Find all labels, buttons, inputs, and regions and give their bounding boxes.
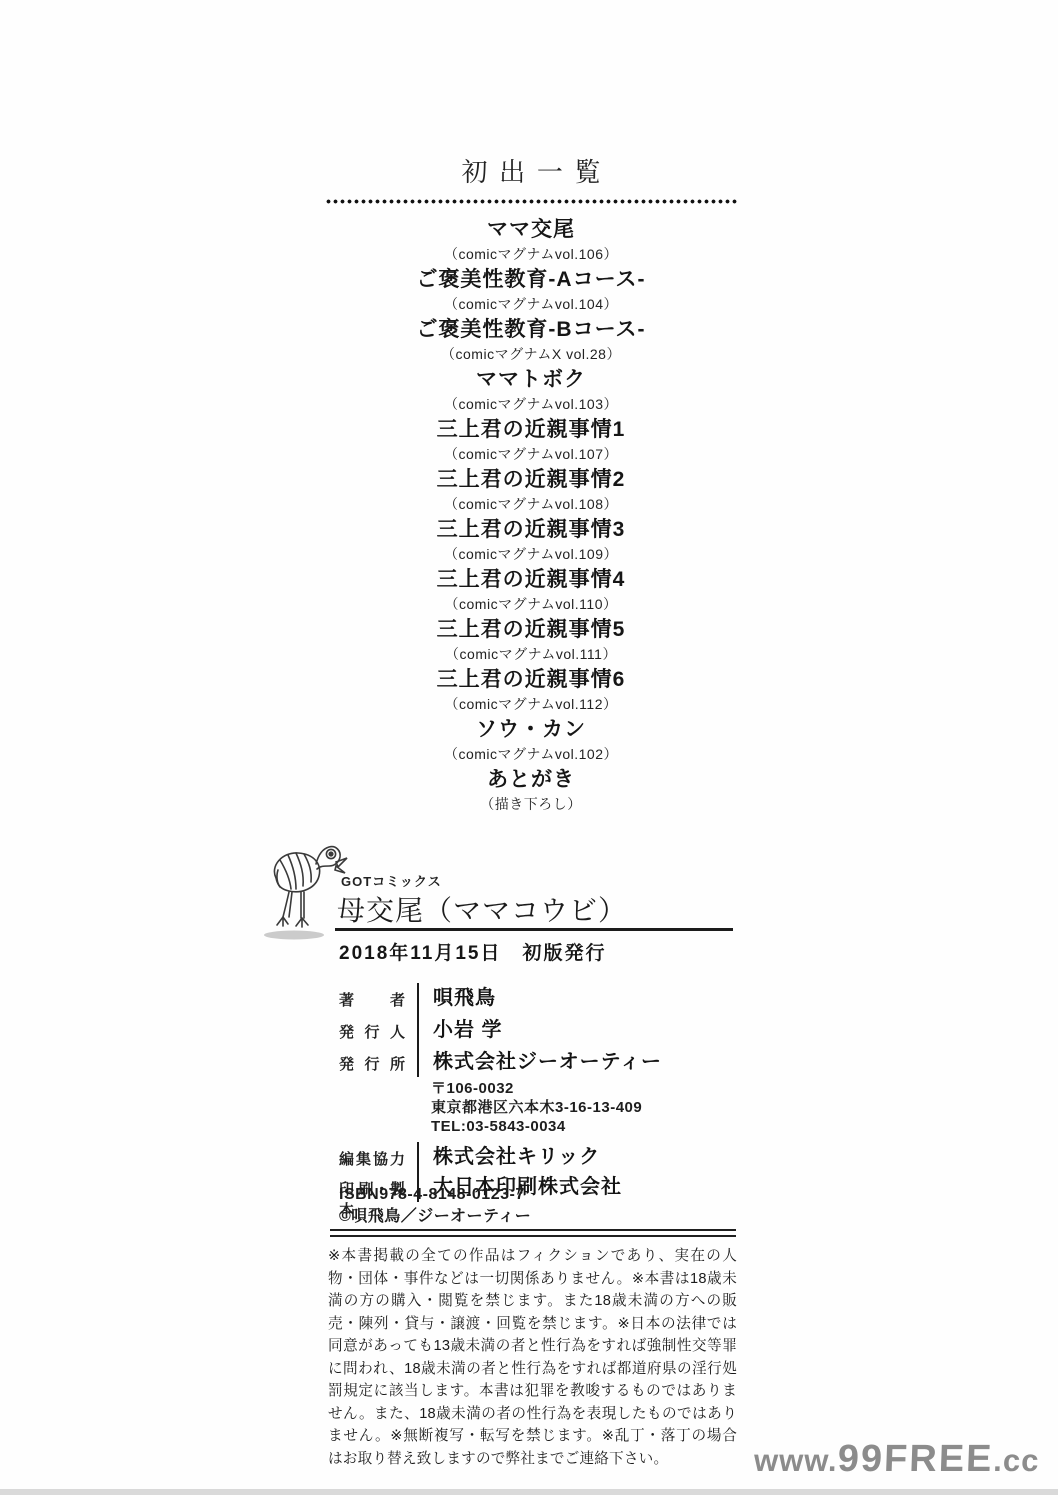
work-title: ご褒美性教育-Bコース- [325,315,737,344]
list-item: ご褒美性教育-Bコース- （comicマグナムX vol.28） [325,315,737,365]
credit-label: 著者 [339,983,405,1010]
dotted-divider [325,199,737,204]
list-item: ソウ・カン （comicマグナムvol.102） [325,715,737,765]
street-address: 東京都港区六本木3-16-13-409 [431,1098,739,1117]
work-source: （comicマグナムvol.107） [325,444,737,465]
work-source: （comicマグナムvol.106） [325,244,737,265]
credit-row-editing: 編集協力 株式会社キリック [339,1142,739,1172]
work-source: （comicマグナムX vol.28） [325,344,737,365]
credit-row-author: 著者 唄飛鳥 [339,983,739,1015]
work-source: （comicマグナムvol.109） [325,544,737,565]
work-title: 三上君の近親事情1 [325,415,737,444]
disclaimer-text: ※本書掲載の全ての作品はフィクションであり、実在の人物・団体・事件などは一切関係… [328,1245,737,1470]
isbn: ISBN978-4-8148-0123-7 [339,1184,531,1206]
work-title: あとがき [325,765,737,794]
publisher-address: 〒106-0032 東京都港区六本木3-16-13-409 TEL:03-584… [431,1077,739,1142]
credit-value: 唄飛鳥 [417,983,496,1015]
title-rule [335,928,733,931]
work-source: （comicマグナムvol.108） [325,494,737,515]
work-title: 三上君の近親事情2 [325,465,737,494]
double-rule [330,1229,736,1237]
credit-label: 発行人 [339,1015,405,1042]
credit-label: 編集協力 [339,1142,405,1169]
list-item: 三上君の近親事情4 （comicマグナムvol.110） [325,565,737,615]
work-source: （描き下ろし） [325,794,737,815]
watermark: www.99FREE.cc [754,1438,1041,1481]
work-title: 三上君の近親事情3 [325,515,737,544]
work-source: （comicマグナムvol.102） [325,744,737,765]
credit-value: 株式会社キリック [417,1142,600,1172]
work-source: （comicマグナムvol.104） [325,294,737,315]
list-item: 三上君の近親事情6 （comicマグナムvol.112） [325,665,737,715]
work-title: 三上君の近親事情5 [325,615,737,644]
telephone: TEL:03-5843-0034 [431,1117,739,1136]
work-title: 三上君の近親事情4 [325,565,737,594]
watermark-prefix: www. [754,1443,839,1478]
list-item: 三上君の近親事情5 （comicマグナムvol.111） [325,615,737,665]
list-item: ご褒美性教育-Aコース- （comicマグナムvol.104） [325,265,737,315]
work-title: 三上君の近親事情6 [325,665,737,694]
work-title: ソウ・カン [325,715,737,744]
work-title: ママトボク [325,365,737,394]
page-title: 初出一覧 [325,152,737,189]
watermark-suffix: .cc [993,1443,1040,1478]
work-source: （comicマグナムvol.112） [325,694,737,715]
credit-label: 発行所 [339,1047,405,1074]
works-list: ママ交尾 （comicマグナムvol.106） ご褒美性教育-Aコース- （co… [325,215,737,815]
credit-value: 小岩 学 [417,1015,503,1047]
watermark-main: 99FREE [838,1438,995,1480]
work-source: （comicマグナムvol.103） [325,394,737,415]
book-title: 母交尾（ママコウビ） [337,889,627,929]
list-item: 三上君の近親事情1 （comicマグナムvol.107） [325,415,737,465]
work-title: ご褒美性教育-Aコース- [325,265,737,294]
list-item: ママ交尾 （comicマグナムvol.106） [325,215,737,265]
page-edge-shadow [0,1489,1058,1495]
work-source: （comicマグナムvol.111） [325,644,737,665]
isbn-block: ISBN978-4-8148-0123-7 ©唄飛鳥／ジーオーティー [339,1184,531,1228]
work-source: （comicマグナムvol.110） [325,594,737,615]
credit-row-publisher-person: 発行人 小岩 学 [339,1015,739,1047]
colophon-page: 初出一覧 ママ交尾 （comicマグナムvol.106） ご褒美性教育-Aコース… [0,0,1058,1500]
list-item: あとがき （描き下ろし） [325,765,737,815]
postal-code: 〒106-0032 [431,1079,739,1098]
list-item: 三上君の近親事情2 （comicマグナムvol.108） [325,465,737,515]
work-title: ママ交尾 [325,215,737,244]
credit-value: 株式会社ジーオーティー [417,1047,662,1077]
credit-row-publisher: 発行所 株式会社ジーオーティー [339,1047,739,1077]
list-item: 三上君の近親事情3 （comicマグナムvol.109） [325,515,737,565]
list-item: ママトボク （comicマグナムvol.103） [325,365,737,415]
imprint-label: GOTコミックス [341,871,442,890]
copyright: ©唄飛鳥／ジーオーティー [339,1206,531,1228]
edition-line: 2018年11月15日 初版発行 [339,938,607,965]
